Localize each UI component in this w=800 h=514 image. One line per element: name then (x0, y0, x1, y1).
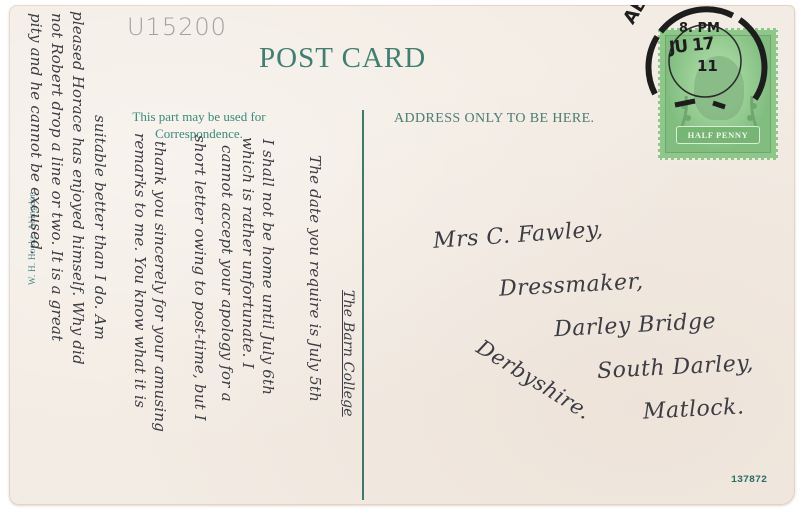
postmark: ABI 8. PM JU 17 11 (625, 5, 775, 129)
message-line: I shall not be home until July 6th (259, 139, 277, 395)
message-line: pity and he cannot be excused. (27, 13, 45, 255)
address-county: Derbyshire. (472, 335, 595, 424)
message-line: remarks to me. You know what it is (131, 133, 149, 408)
address-line-village: Darley Bridge (553, 309, 716, 342)
message-line: suitable better than I do. Am (91, 115, 109, 340)
archive-reference: U15200 (127, 13, 227, 41)
address-line-occupation: Dressmaker, (498, 269, 644, 302)
message-line: not Robert drop a line or two. It is a g… (48, 13, 66, 341)
postmark-time: 8. PM (679, 21, 720, 36)
serial-number: 137872 (731, 475, 767, 486)
address-line-town: Matlock. (642, 394, 745, 424)
message-line: pleased Horace has enjoyed himself. Why … (69, 11, 87, 365)
message-line: short letter owing to post-time, but I (191, 135, 209, 421)
address-line-parish: South Darley, (596, 351, 754, 384)
message-line: The date you require is July 5th (306, 155, 324, 402)
message-line: thank you sincerely for your amusing (151, 141, 169, 432)
postcard-back: U15200 POST CARD This part may be used f… (9, 5, 795, 505)
divider-line (362, 110, 364, 500)
message-line: cannot accept your apology for a (218, 145, 236, 402)
message-heading: The Barn College (340, 290, 356, 417)
message-line: which is rather unfortunate. I (239, 137, 257, 369)
address-label: ADDRESS ONLY TO BE HERE. (394, 111, 594, 127)
postcard-heading: POST CARD (259, 42, 426, 75)
postmark-year: 11 (697, 57, 718, 75)
address-line-name: Mrs C. Fawley, (432, 217, 604, 254)
